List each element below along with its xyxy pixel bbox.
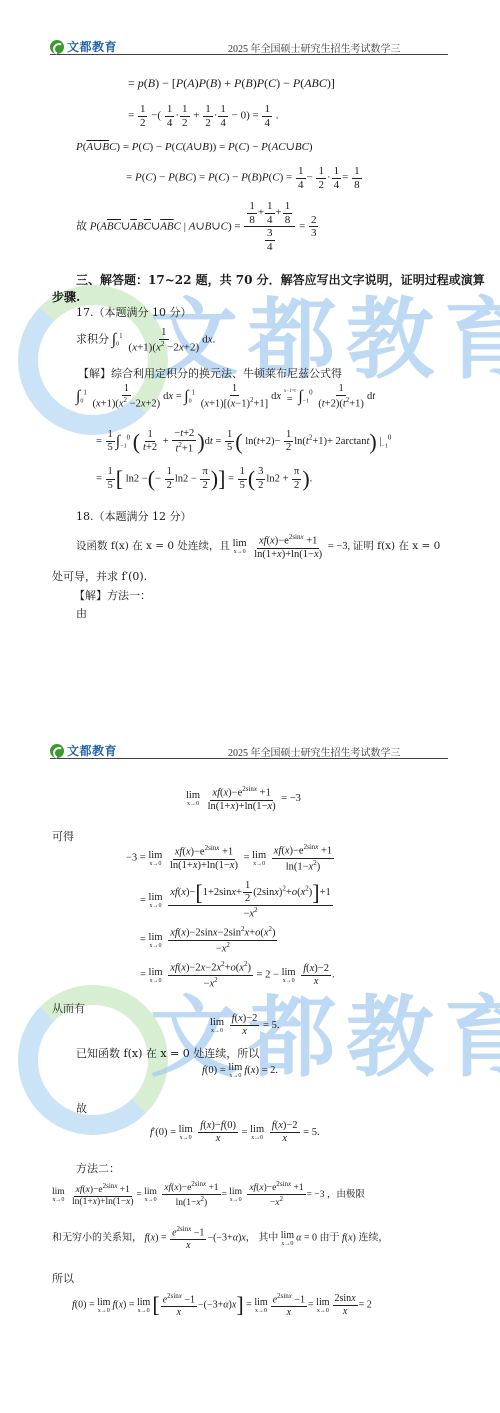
q18-prompt-c: 处可导，并求 f′(0). [52, 568, 147, 584]
brand-logo: 文都教育 [50, 38, 117, 55]
equation-line: limx→0 xf(x)−e2sinx +1ln(1+x)+ln(1−x)= l… [52, 1180, 365, 1209]
m2-tail: ，由极限 [327, 1189, 365, 1200]
equation-line: f(0) = limx→0f(x) = 2. [202, 1062, 278, 1079]
m2-rel-a: 和无穷小的关系知， [52, 1232, 142, 1243]
equation-line: P(A∪BC) = P(C) − P(C(A∪B)) = P(C) − P(AC… [76, 140, 313, 153]
equation-line: limx→0 f(x)−2x = 5. [210, 1013, 279, 1038]
equation-line: f(0) = limx→0f(x) = limx→0[e2sinx −1x−(−… [72, 1292, 372, 1318]
q18-prompt: 设函数 f(x) 在 x = 0 处连续，且 limx→0 xf(x)−e2si… [76, 533, 440, 561]
q17-solution-label: 【解】综合利用定积分的换元法、牛顿莱布尼兹公式得 [78, 365, 342, 381]
equation-line: −3 = limx→0 xf(x)−e2sinx +1ln(1+x)+ln(1−… [126, 843, 335, 873]
logo-text: 文都教育 [67, 38, 117, 55]
so-label: 所以 [52, 1270, 74, 1286]
equation-line: = limx→0 xf(x)−2sinx−2sin2x+o(x2)−x2 [140, 925, 278, 955]
q17-prompt-label: 求积分 [76, 333, 109, 346]
from-label: 由 [76, 605, 87, 621]
equation-line: = limx→0 xf(x)−[1+2sinx+12(2sinx)2+o(x2)… [140, 880, 334, 921]
equation-line: 和无穷小的关系知， f(x) = e2sinx −1x−(−3+α)x， 其中 … [52, 1225, 388, 1251]
equation-line: = 12 −( 14·12 + 12·14 − 0) = 14 . [128, 103, 278, 129]
therefore-label: 故 [76, 220, 87, 232]
method2-label: 方法二： [76, 1160, 120, 1176]
known-text: 已知函数 f(x) 在 x = 0 处连续，所以 [76, 1045, 259, 1061]
header-title: 2025 年全国硕士研究生招生考试数学三 [228, 744, 401, 759]
q18-prompt-a: 设函数 f(x) 在 x = 0 处连续，且 [76, 540, 230, 552]
hence-label: 可得 [52, 828, 74, 844]
q18-prompt-b: 证明 f(x) 在 x = 0 [353, 540, 441, 552]
equation-line: = P(C) − P(BC) = P(C) − P(B)P(C) = 14− 1… [126, 165, 363, 191]
method1-label: 【解】方法一： [74, 587, 151, 603]
equation-line: = p(B) − [P(A)P(B) + P(B)P(C) − P(ABC)] [128, 76, 335, 91]
page-1: 文都教育 文都教育 2025 年全国硕士研究生招生考试数学三 = p(B) − … [0, 0, 500, 700]
q17-heading: 17.（本题满分 10 分） [76, 304, 191, 320]
q18-heading: 18.（本题满分 12 分） [76, 508, 191, 524]
thus-label: 从而有 [52, 1000, 85, 1016]
page-header: 文都教育 2025 年全国硕士研究生招生考试数学三 [50, 36, 448, 55]
equation-line: = limx→0 xf(x)−2x−2x2+o(x2)−x2 = 2 − lim… [140, 960, 335, 990]
header-title: 2025 年全国硕士研究生招生考试数学三 [228, 40, 401, 55]
therefore-label: 故 [76, 1100, 87, 1116]
known-text-label: 已知函数 f(x) 在 x = 0 处连续，所以 [76, 1047, 259, 1060]
equation-line: = 15[ ln2 −(− 12ln2 − π2)] = 15(32ln2 + … [96, 466, 312, 492]
section-title: 三、解答题：17~22 题，共 70 分．解答应写出文字说明，证明过程或演算 [76, 271, 485, 288]
equation-line: f′(0) = limx→0 f(x)−f(0)x = limx→0 f(x)−… [150, 1120, 320, 1145]
leaf-logo-icon [50, 744, 64, 758]
equation-line: 故 P(ABC∪ABC∪ABC | A∪B∪C) = 18+14+1834 = … [76, 200, 319, 254]
brand-logo: 文都教育 [50, 742, 117, 759]
logo-text: 文都教育 [67, 742, 117, 759]
section-title-cont: 步骤. [52, 288, 80, 305]
q17-prompt: 求积分 ∫01 1(x+1)(x2 −2x+2)dx. [76, 326, 215, 354]
page-header: 文都教育 2025 年全国硕士研究生招生考试数学三 [50, 740, 448, 759]
equation-line: limx→0 xf(x)−e2sinx +1ln(1+x)+ln(1−x) = … [186, 785, 301, 813]
equation-line: = 15∫−10 (1t+2 + −t+2t2+1)dt = 15( ln(t+… [96, 428, 391, 456]
page-2: 文都教育 文都教育 2025 年全国硕士研究生招生考试数学三 limx→0 xf… [0, 700, 500, 1413]
equation-line: ∫01 1(x+1)(x2 −2x+2)dx = ∫01 1(x+1)[(x−1… [76, 383, 375, 411]
leaf-logo-icon [50, 40, 64, 54]
